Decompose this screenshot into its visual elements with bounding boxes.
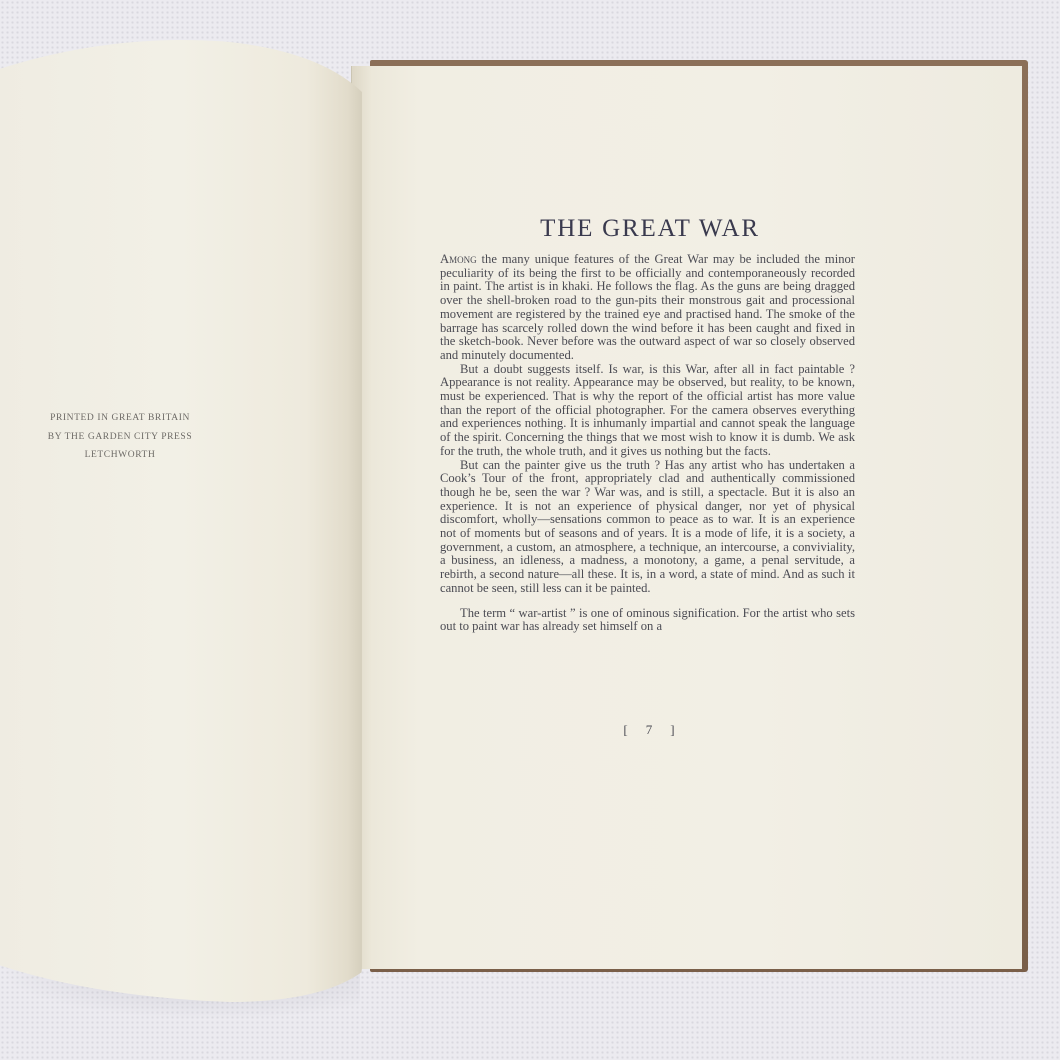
left-page [0,12,362,1002]
printer-colophon: PRINTED IN GREAT BRITAIN BY THE GARDEN C… [28,409,212,465]
paragraph-4: The term “ war-artist ” is one of ominou… [440,607,855,634]
chapter-body: Among the many unique features of the Gr… [440,253,855,634]
paragraph-2: But a doubt suggests itself. Is war, is … [440,363,855,459]
page-number: [7] [560,722,740,738]
folio-bracket-close: ] [670,722,676,737]
colophon-line-1: PRINTED IN GREAT BRITAIN [28,409,212,428]
chapter-title: THE GREAT WAR [430,215,870,243]
paragraph-1-text: the many unique features of the Great Wa… [440,252,855,362]
colophon-line-3: LETCHWORTH [28,446,212,465]
folio-number: 7 [646,722,655,737]
paragraph-1: Among the many unique features of the Gr… [440,253,855,363]
drop-lead-word: Among [440,252,477,266]
folio-bracket-open: [ [623,722,629,737]
paragraph-3: But can the painter give us the truth ? … [440,459,855,596]
colophon-line-2: BY THE GARDEN CITY PRESS [28,428,212,447]
